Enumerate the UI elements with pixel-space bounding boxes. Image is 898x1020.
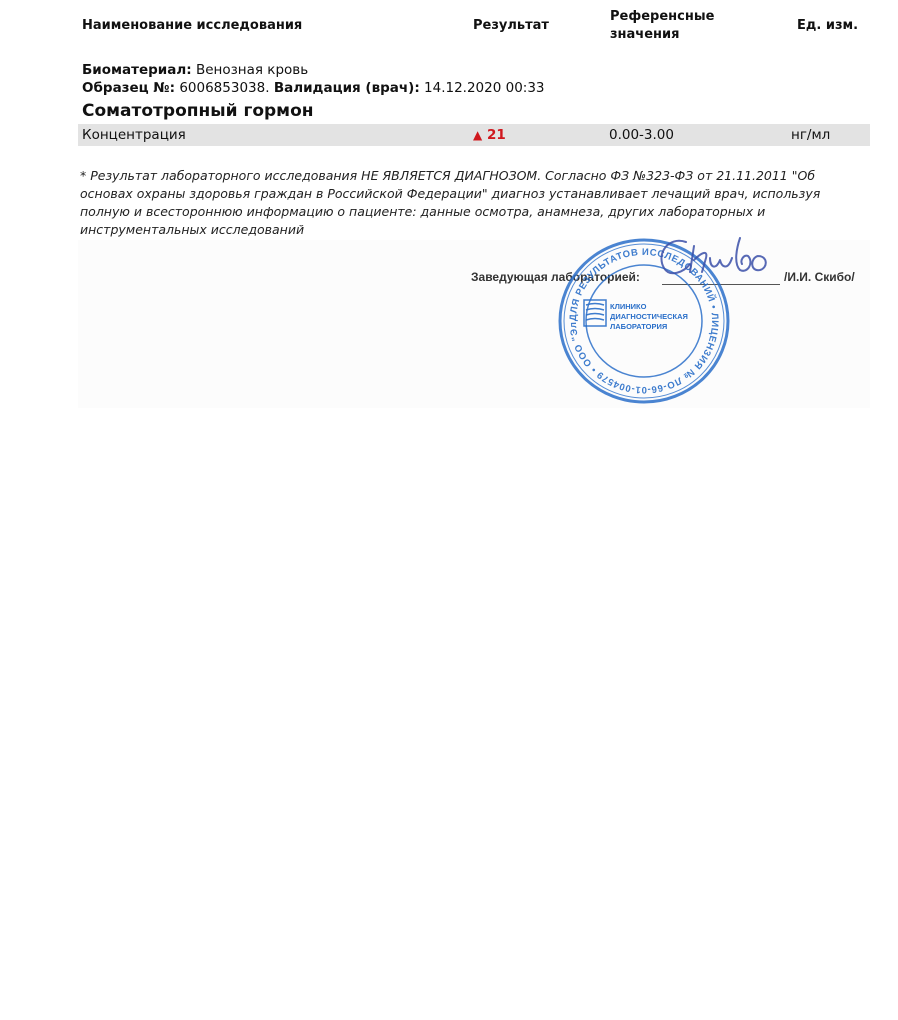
- biomaterial-value: Венозная кровь: [196, 62, 308, 78]
- parameter-name: Концентрация: [82, 127, 186, 143]
- column-header-unit: Ед. изм.: [797, 18, 858, 33]
- column-header-test-name: Наименование исследования: [82, 18, 302, 33]
- validation-value: 14.12.2020 00:33: [424, 80, 545, 96]
- unit: нг/мл: [791, 127, 830, 143]
- lab-logo-icon: [584, 300, 606, 326]
- sample-value: 6006853038.: [179, 80, 269, 96]
- sample-line: Образец №: 6006853038. Валидация (врач):…: [82, 80, 545, 96]
- svg-text:ЛАБОРАТОРИЯ: ЛАБОРАТОРИЯ: [610, 322, 667, 331]
- high-flag-icon: ▲: [473, 128, 482, 142]
- signatory-name: /И.И. Скибо/: [784, 270, 855, 284]
- column-header-result: Результат: [473, 18, 549, 33]
- reference-header-line1: Референсные: [610, 8, 714, 26]
- validation-label: Валидация (врач):: [274, 80, 420, 96]
- reference-header-line2: значения: [610, 26, 714, 44]
- reference-range: 0.00-3.00: [609, 127, 674, 143]
- result-number: 21: [487, 127, 506, 143]
- svg-text:ДИАГНОСТИЧЕСКАЯ: ДИАГНОСТИЧЕСКАЯ: [610, 312, 688, 321]
- svg-text:КЛИНИКО: КЛИНИКО: [610, 302, 647, 311]
- handwritten-signature: [650, 228, 780, 288]
- sample-label: Образец №:: [82, 80, 175, 96]
- biomaterial-label: Биоматериал:: [82, 62, 192, 78]
- table-row: Концентрация ▲ 21 0.00-3.00 нг/мл: [78, 124, 870, 146]
- biomaterial-line: Биоматериал: Венозная кровь: [82, 62, 308, 78]
- result-value: ▲ 21: [473, 127, 506, 143]
- column-header-reference: Референсные значения: [610, 8, 714, 44]
- section-title: Соматотропный гормон: [82, 101, 314, 121]
